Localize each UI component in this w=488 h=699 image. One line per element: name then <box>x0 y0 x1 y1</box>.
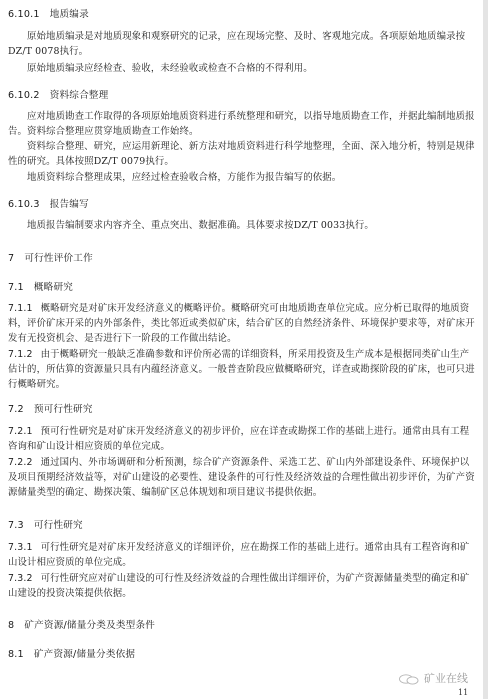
heading-title: 报告编写 <box>50 199 89 210</box>
paragraph: 地质报告编制要求内容齐全、重点突出、数据准确。具体要求按DZ/T 0033执行。 <box>8 218 478 233</box>
heading-title: 预可行性研究 <box>34 404 93 415</box>
clause-text: 可行性研究应对矿山建设的可行性及经济效益的合理性做出详细评价，为矿产资源储量类型… <box>8 573 469 599</box>
heading-number: 6.10.1 <box>8 9 40 20</box>
clause-7-2-2: 7.2.2通过国内、外市场调研和分析预测，综合矿产资源条件、采选工艺、矿山内外部… <box>8 455 478 500</box>
heading-number: 7.2 <box>8 404 24 415</box>
clause-7-1-1: 7.1.1概略研究是对矿床开发经济意义的概略评价。概略研究可由地质勘查单位完成。… <box>8 301 478 346</box>
heading-7-3: 7.3可行性研究 <box>8 517 478 531</box>
heading-number: 7.3 <box>8 520 24 531</box>
heading-number: 6.10.3 <box>8 199 40 210</box>
heading-number: 7.1 <box>8 282 24 293</box>
heading-number: 8.1 <box>8 649 24 660</box>
heading-6-10-2: 6.10.2资料综合整理 <box>8 87 478 101</box>
clause-number: 7.1.1 <box>8 303 33 314</box>
heading-title: 矿产资源/储量分类及类型条件 <box>24 620 155 631</box>
clause-text: 可行性研究是对矿床开发经济意义的详细评价，应在勘探工作的基础上进行。通常由具有工… <box>8 542 469 568</box>
heading-title: 可行性研究 <box>34 520 83 531</box>
heading-7-1: 7.1概略研究 <box>8 279 478 293</box>
heading-6-10-1: 6.10.1地质编录 <box>8 6 478 20</box>
heading-7: 7可行性评价工作 <box>8 250 478 264</box>
clause-text: 由于概略研究一般缺乏准确参数和评价所必需的详细资料，所采用投资及生产成本是根据同… <box>8 349 475 390</box>
clause-number: 7.2.1 <box>8 426 33 437</box>
heading-6-10-3: 6.10.3报告编写 <box>8 196 478 210</box>
watermark: 矿业在线 <box>398 670 468 686</box>
clause-number: 7.1.2 <box>8 349 33 360</box>
page-edge <box>483 0 488 699</box>
heading-8-1: 8.1矿产资源/储量分类依据 <box>8 646 478 660</box>
paragraph: 资料综合整理、研究，应运用新理论、新方法对地质资料进行科学地整理，全面、深入地分… <box>8 139 478 169</box>
clause-text: 通过国内、外市场调研和分析预测，综合矿产资源条件、采选工艺、矿山内外部建设条件、… <box>8 457 475 498</box>
heading-title: 资料综合整理 <box>50 90 109 101</box>
paragraph: 地质资料综合整理成果，应经过检查验收合格，方能作为报告编写的依据。 <box>8 170 478 185</box>
clause-7-3-1: 7.3.1可行性研究是对矿床开发经济意义的详细评价，应在勘探工作的基础上进行。通… <box>8 540 478 570</box>
heading-number: 8 <box>8 620 14 631</box>
clause-number: 7.3.2 <box>8 573 33 584</box>
paragraph: 应对地质勘查工作取得的各项原始地质资料进行系统整理和研究，以指导地质勘查工作，并… <box>8 109 478 139</box>
heading-title: 地质编录 <box>50 9 89 20</box>
watermark-text: 矿业在线 <box>424 672 468 685</box>
wechat-icon <box>398 674 420 685</box>
heading-7-2: 7.2预可行性研究 <box>8 401 478 415</box>
heading-number: 7 <box>8 253 14 264</box>
clause-number: 7.3.1 <box>8 542 33 553</box>
clause-number: 7.2.2 <box>8 457 33 468</box>
page-number: 11 <box>458 688 468 697</box>
clause-text: 预可行性研究是对矿床开发经济意义的初步评价，应在详查或勘探工作的基础上进行。通常… <box>8 426 469 452</box>
clause-7-2-1: 7.2.1预可行性研究是对矿床开发经济意义的初步评价，应在详查或勘探工作的基础上… <box>8 424 478 454</box>
paragraph: 原始地质编录是对地质现象和观察研究的记录，应在现场完整、及时、客观地完成。各项原… <box>8 29 478 59</box>
clause-7-1-2: 7.1.2由于概略研究一般缺乏准确参数和评价所必需的详细资料，所采用投资及生产成… <box>8 347 478 392</box>
heading-title: 矿产资源/储量分类依据 <box>34 649 135 660</box>
paragraph: 原始地质编录应经检查、验收，未经验收或检查不合格的不得利用。 <box>8 61 478 76</box>
heading-number: 6.10.2 <box>8 90 40 101</box>
heading-8: 8矿产资源/储量分类及类型条件 <box>8 617 478 631</box>
document-page: 6.10.1地质编录 原始地质编录是对地质现象和观察研究的记录，应在现场完整、及… <box>0 0 483 699</box>
clause-text: 概略研究是对矿床开发经济意义的概略评价。概略研究可由地质勘查单位完成。应分析已取… <box>8 303 475 344</box>
clause-7-3-2: 7.3.2可行性研究应对矿山建设的可行性及经济效益的合理性做出详细评价，为矿产资… <box>8 571 478 601</box>
heading-title: 可行性评价工作 <box>24 253 93 264</box>
heading-title: 概略研究 <box>34 282 73 293</box>
